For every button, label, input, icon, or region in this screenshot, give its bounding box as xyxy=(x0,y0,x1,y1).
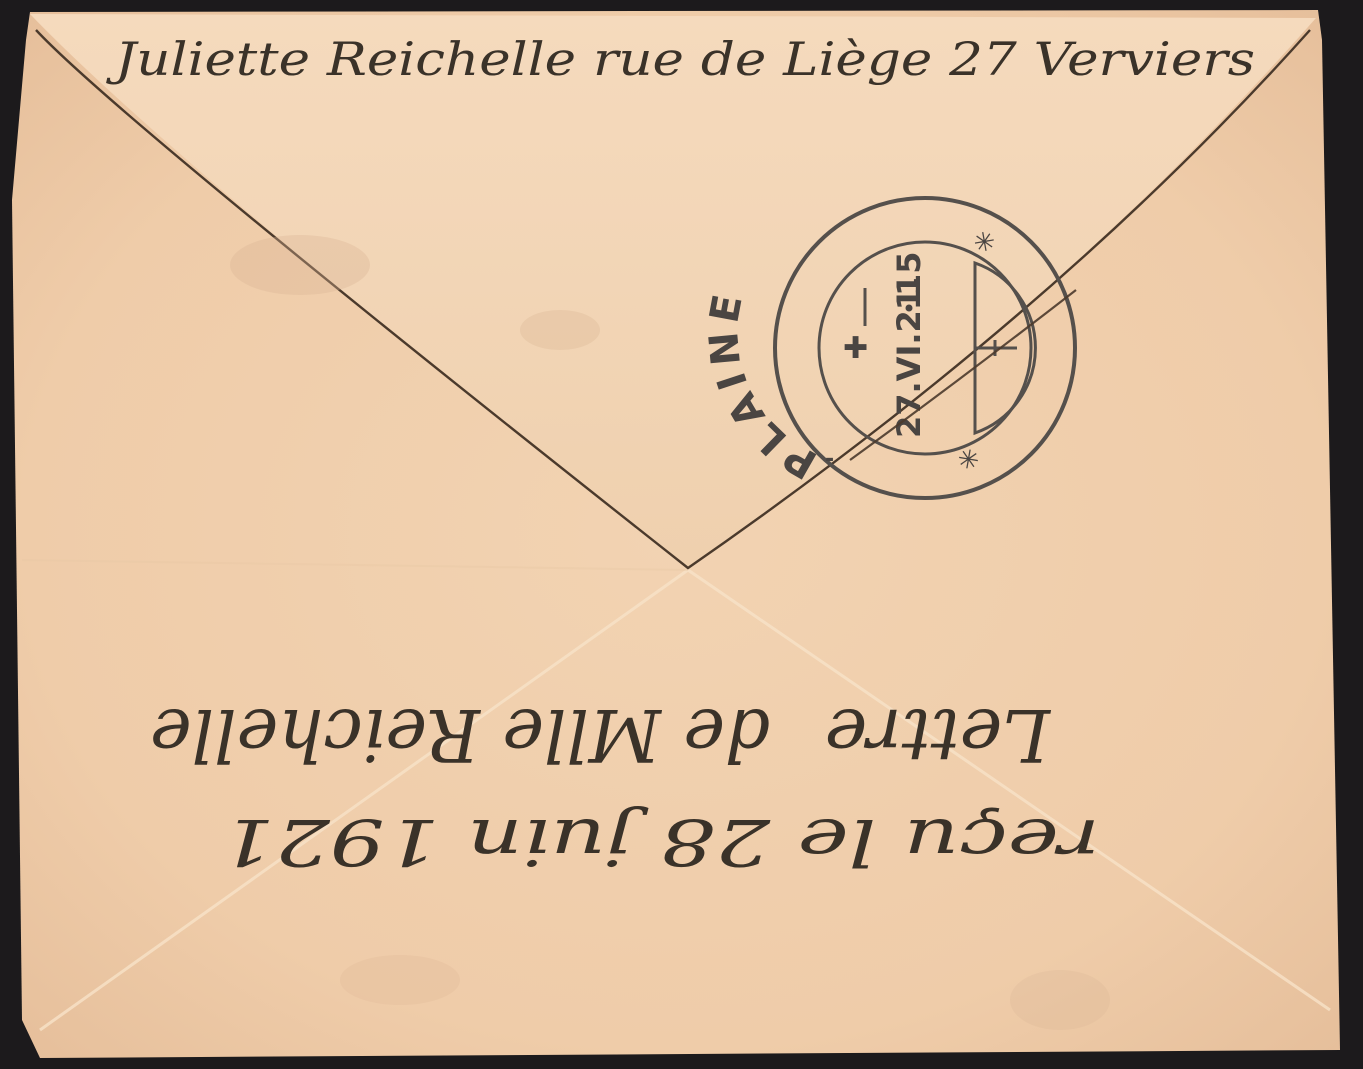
sender-address: Juliette Reichelle rue de Liège 27 Vervi… xyxy=(106,32,1255,86)
stain xyxy=(230,235,370,295)
swiss-cross-icon: ✚ xyxy=(843,331,868,366)
note-prefix: Lettre xyxy=(825,693,1052,777)
from-name-note: de Mlle Reichelle xyxy=(150,693,770,777)
postmark-date: 27.VI.21. xyxy=(890,276,928,438)
postmark-dash: - xyxy=(825,447,834,472)
postmark-hour: 15 xyxy=(890,251,928,296)
stain xyxy=(1010,970,1110,1030)
stain xyxy=(520,310,600,350)
received-date-note: reçu le 28 juin 1921 xyxy=(220,804,1100,878)
stain xyxy=(340,955,460,1005)
envelope-photo: Juliette Reichelle rue de Liège 27 Vervi… xyxy=(0,0,1363,1069)
envelope-svg: Juliette Reichelle rue de Liège 27 Vervi… xyxy=(0,0,1363,1069)
